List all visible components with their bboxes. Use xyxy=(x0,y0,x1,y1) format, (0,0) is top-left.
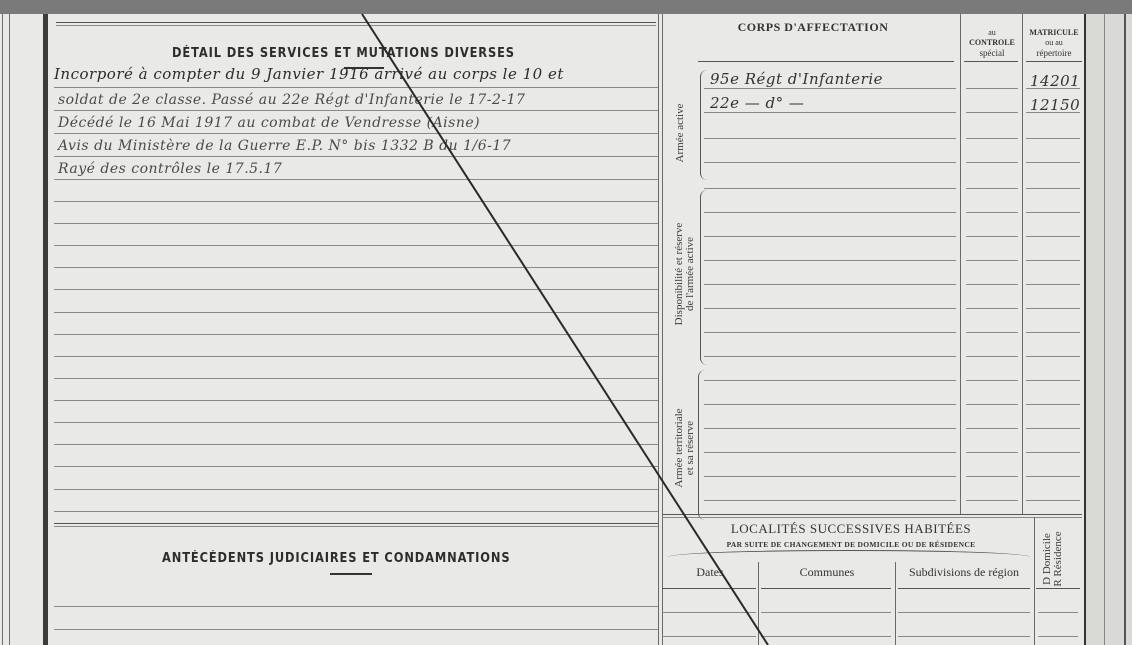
rule xyxy=(1038,612,1078,613)
rule xyxy=(1026,428,1080,429)
rule xyxy=(56,25,656,26)
rule xyxy=(704,162,956,163)
rule xyxy=(1026,284,1080,285)
rule xyxy=(704,284,956,285)
rule xyxy=(54,245,658,246)
group-label-line: de l'armée active xyxy=(685,199,696,349)
service-entry: Incorporé à compter du 9 Janvier 1916 ar… xyxy=(54,65,564,83)
rule xyxy=(54,110,658,111)
column-divider xyxy=(658,14,659,645)
rule xyxy=(1026,404,1080,405)
rule xyxy=(1026,260,1080,261)
rule xyxy=(1026,188,1080,189)
controle-header-line: spécial xyxy=(962,48,1022,58)
rule xyxy=(966,212,1018,213)
service-entry: Avis du Ministère de la Guerre E.P. N° b… xyxy=(58,138,511,154)
section-divider xyxy=(54,526,658,527)
col-header-subdivisions: Subdivisions de région xyxy=(896,567,1032,577)
controle-header-line: CONTROLE xyxy=(962,38,1022,48)
margin-line xyxy=(9,14,10,645)
rule xyxy=(704,88,956,89)
rule xyxy=(966,428,1018,429)
rule xyxy=(54,606,658,607)
header-rule xyxy=(964,61,1018,62)
rule xyxy=(966,404,1018,405)
service-entry: Décédé le 16 Mai 1917 au combat de Vendr… xyxy=(58,115,480,131)
col-divider xyxy=(895,562,896,645)
rule xyxy=(704,404,956,405)
service-entry: Rayé des contrôles le 17.5.17 xyxy=(58,161,282,177)
rule xyxy=(54,201,658,202)
corps-header: CORPS D'AFFECTATION xyxy=(668,22,958,32)
rule xyxy=(704,308,956,309)
rule xyxy=(966,380,1018,381)
rule xyxy=(966,452,1018,453)
rule xyxy=(1026,380,1080,381)
rule xyxy=(54,133,658,134)
rule xyxy=(966,162,1018,163)
rule xyxy=(54,400,658,401)
rule xyxy=(966,284,1018,285)
header-brace xyxy=(668,550,1030,557)
matricule-header-line: ou au xyxy=(1024,38,1084,48)
rule xyxy=(54,422,658,423)
rule xyxy=(662,612,756,613)
services-title: DÉTAIL DES SERVICES ET MUTATIONS DIVERSE… xyxy=(172,46,515,61)
rule xyxy=(1026,332,1080,333)
matricule-header-line: MATRICULE xyxy=(1024,28,1084,38)
rule xyxy=(704,452,956,453)
rule xyxy=(54,87,658,88)
rule xyxy=(966,236,1018,237)
col-divider xyxy=(758,562,759,645)
rule xyxy=(1026,88,1080,89)
corps-entry: 22e — d° — xyxy=(710,94,804,112)
rule xyxy=(662,636,756,637)
rule xyxy=(1026,308,1080,309)
rule xyxy=(54,489,658,490)
rule xyxy=(1036,588,1080,589)
rule xyxy=(761,636,891,637)
rule xyxy=(1026,162,1080,163)
rule xyxy=(966,308,1018,309)
page-edge-line xyxy=(1104,14,1105,645)
rule xyxy=(54,179,658,180)
page-edge-line xyxy=(1124,14,1126,645)
rule xyxy=(54,156,658,157)
rule xyxy=(966,112,1018,113)
controle-header: au CONTROLE spécial xyxy=(962,28,1022,58)
title-underline xyxy=(330,573,372,575)
rule xyxy=(704,236,956,237)
rule xyxy=(54,267,658,268)
rule xyxy=(966,260,1018,261)
rule xyxy=(966,138,1018,139)
rule xyxy=(704,112,956,113)
rule xyxy=(704,476,956,477)
rule xyxy=(54,466,658,467)
rule xyxy=(704,356,956,357)
rule xyxy=(1026,138,1080,139)
rule xyxy=(54,356,658,357)
col-divider xyxy=(960,14,961,514)
rule xyxy=(761,588,891,589)
rule xyxy=(704,138,956,139)
rule xyxy=(966,188,1018,189)
rule xyxy=(966,500,1018,501)
group-brace xyxy=(700,190,707,365)
rule xyxy=(704,380,956,381)
rule xyxy=(56,22,656,23)
rule xyxy=(1026,236,1080,237)
group-label-line: Armée active xyxy=(675,83,686,183)
matricule-header: MATRICULE ou au répertoire xyxy=(1024,28,1084,58)
rule xyxy=(704,188,956,189)
rule xyxy=(1026,356,1080,357)
controle-header-line: au xyxy=(962,28,1022,38)
matricule-header-line: répertoire xyxy=(1024,48,1084,58)
header-rule xyxy=(1026,61,1082,62)
rule xyxy=(898,588,1030,589)
services-section: DÉTAIL DES SERVICES ET MUTATIONS DIVERSE… xyxy=(48,14,658,645)
localites-subtitle: PAR SUITE DE CHANGEMENT DE DOMICILE OU D… xyxy=(670,540,1032,550)
rule xyxy=(54,334,658,335)
group-label-disponibilite: Disponibilité et réserve de l'armée acti… xyxy=(674,199,698,349)
column-divider xyxy=(662,14,663,645)
rule xyxy=(704,428,956,429)
section-divider xyxy=(54,523,658,524)
localites-title: LOCALITÉS SUCCESSIVES HABITÉES xyxy=(670,524,1032,534)
col-divider xyxy=(1022,14,1023,514)
group-brace xyxy=(700,70,707,180)
corps-entry: 95e Régt d'Infanterie xyxy=(710,70,883,88)
rule xyxy=(761,612,891,613)
register-page: DÉTAIL DES SERVICES ET MUTATIONS DIVERSE… xyxy=(0,14,1132,645)
col-divider xyxy=(1034,517,1035,645)
rule xyxy=(54,511,658,512)
rule xyxy=(54,444,658,445)
service-entry: soldat de 2e classe. Passé au 22e Régt d… xyxy=(58,92,525,108)
rule xyxy=(1038,636,1078,637)
rule xyxy=(966,476,1018,477)
rule xyxy=(704,332,956,333)
margin-line xyxy=(2,14,3,645)
rule xyxy=(966,356,1018,357)
col-header-communes: Communes xyxy=(760,567,894,577)
section-divider xyxy=(662,514,1082,515)
rule xyxy=(704,212,956,213)
rule xyxy=(54,629,658,630)
col-header-dates: Dates xyxy=(662,567,758,577)
rule xyxy=(1026,500,1080,501)
judicial-title: ANTÉCÉDENTS JUDICIAIRES ET CONDAMNATIONS xyxy=(162,551,510,566)
group-label-line: et sa réserve xyxy=(685,383,696,513)
rule xyxy=(662,588,756,589)
rule xyxy=(54,223,658,224)
rule xyxy=(704,260,956,261)
group-brace xyxy=(698,370,705,520)
rule xyxy=(1026,212,1080,213)
rule xyxy=(966,332,1018,333)
rule xyxy=(898,612,1030,613)
rule xyxy=(1026,476,1080,477)
group-label-armee-active: Armée active xyxy=(675,83,697,183)
rule xyxy=(704,500,956,501)
domicile-residence-label: D Domicile R Résidence xyxy=(1042,524,1064,594)
top-frame-bar xyxy=(0,0,1132,14)
group-label-territoriale: Armée territoriale et sa réserve xyxy=(674,383,698,513)
rule xyxy=(966,88,1018,89)
rule xyxy=(54,378,658,379)
rule xyxy=(54,312,658,313)
rule xyxy=(898,636,1030,637)
rule xyxy=(1026,112,1080,113)
rule xyxy=(54,289,658,290)
side-label-line: R Résidence xyxy=(1053,524,1064,594)
header-rule xyxy=(698,61,954,62)
section-divider xyxy=(662,517,1082,518)
rule xyxy=(1026,452,1080,453)
